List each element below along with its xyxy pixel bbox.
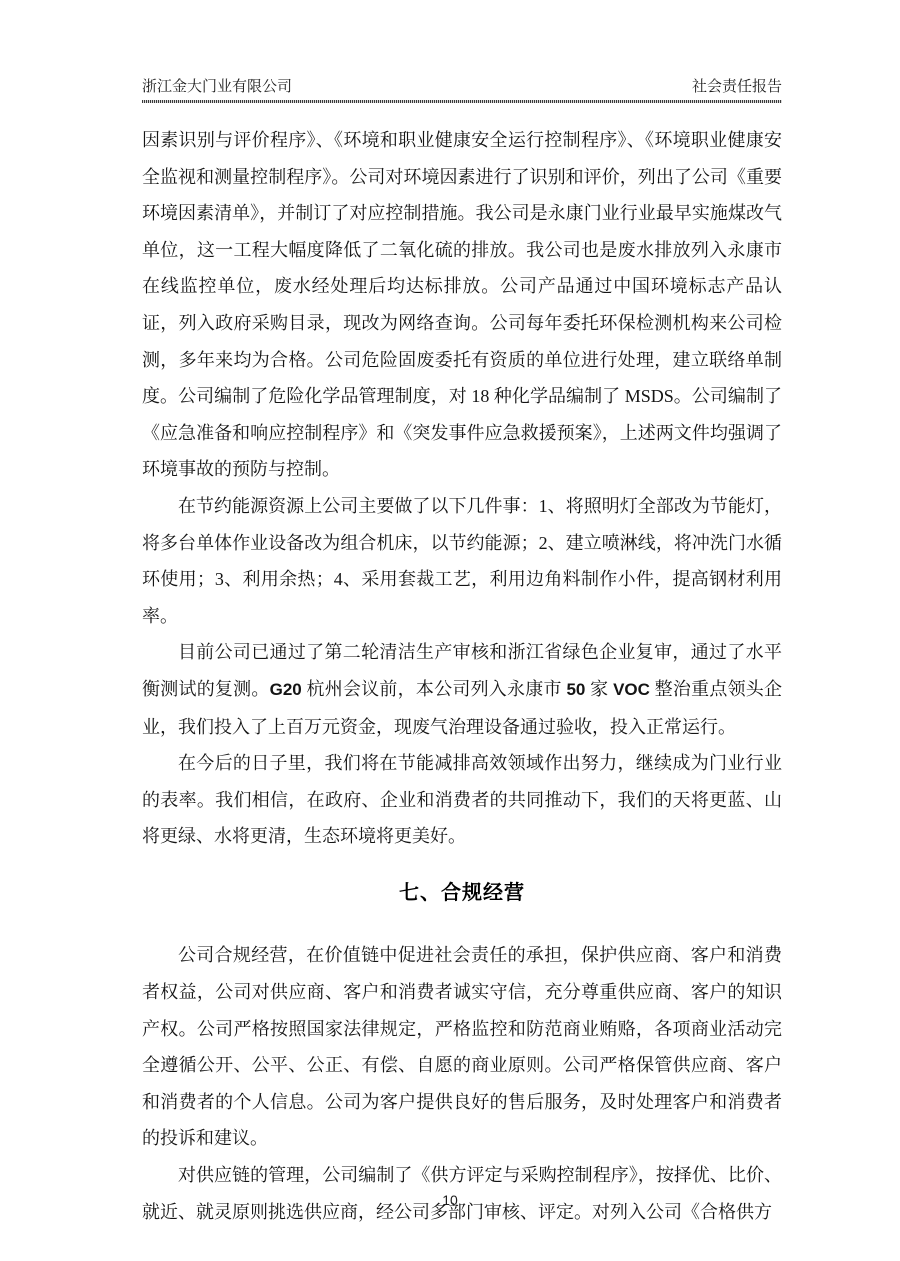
- document-body: 因素识别与评价程序》、《环境和职业健康安全运行控制程序》、《环境职业健康安全监视…: [142, 122, 782, 1230]
- body-paragraph: 在节约能源资源上公司主要做了以下几件事：1、将照明灯全部改为节能灯，将多台单体作…: [142, 488, 782, 634]
- header-rule: [142, 100, 782, 103]
- body-paragraph: 公司合规经营，在价值链中促进社会责任的承担，保护供应商、客户和消费者权益，公司对…: [142, 937, 782, 1157]
- body-paragraph: 目前公司已通过了第二轮清洁生产审核和浙江省绿色企业复审，通过了水平衡测试的复测。…: [142, 634, 782, 745]
- body-paragraph: 因素识别与评价程序》、《环境和职业健康安全运行控制程序》、《环境职业健康安全监视…: [142, 122, 782, 488]
- header-report-title: 社会责任报告: [692, 78, 782, 96]
- document-page: 浙江金大门业有限公司 社会责任报告 因素识别与评价程序》、《环境和职业健康安全运…: [0, 0, 900, 1261]
- body-paragraph: 在今后的日子里，我们将在节能减排高效领域作出努力，继续成为门业行业的表率。我们相…: [142, 745, 782, 855]
- page-footer: 10: [0, 1192, 900, 1208]
- page-header: 浙江金大门业有限公司 社会责任报告: [142, 78, 782, 96]
- section-heading: 七、合规经营: [142, 875, 782, 912]
- header-company-name: 浙江金大门业有限公司: [142, 78, 292, 96]
- page-number: 10: [442, 1192, 458, 1208]
